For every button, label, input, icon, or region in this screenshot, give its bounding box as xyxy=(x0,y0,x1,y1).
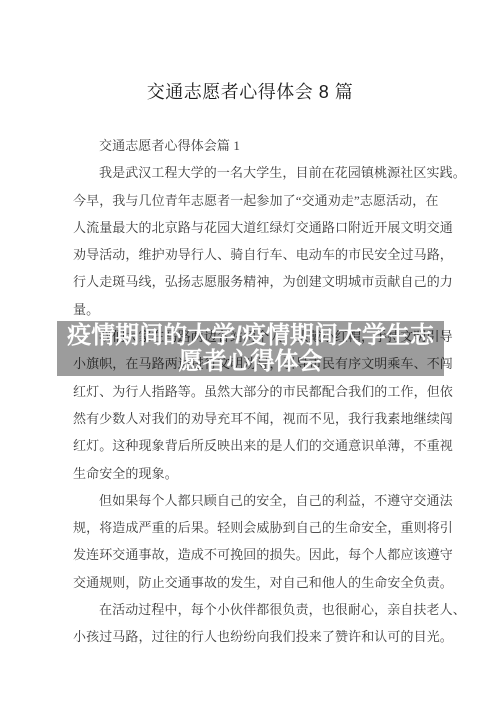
text-line: 今早，我与几位青年志愿者一起参加了“交通劝走”志愿活动，在 xyxy=(73,187,440,214)
overlay-title-line-2: 愿者心得体会 xyxy=(179,349,323,375)
text-line: 规，将造成严重的后果。轻则会威胁到自己的生命安全，重则将引 xyxy=(73,514,440,541)
paragraph-3: 但如果每个人都只顾自己的安全，自己的利益，不遵守交通法 规，将造成严重的后果。轻… xyxy=(73,487,440,596)
watermark-title-overlay: 疫情期间的大学/疫情期间大学生志 愿者心得体会 xyxy=(57,321,444,376)
text-line: 但如果每个人都只顾自己的安全，自己的利益，不遵守交通法 xyxy=(73,487,440,514)
text-line: 劝导活动，维护劝导行人、骑自行车、电动车的市民安全过马路， xyxy=(73,241,440,268)
document-body: 交通志愿者心得体会篇 1 我是武汉工程大学的一名大学生，目前在花园镇桃源社区实践… xyxy=(73,132,440,651)
text-line: 行人走斑马线，弘扬志愿服务精神，为创建文明城市贡献自己的力 xyxy=(73,268,440,295)
text-line: 红灯。这种现象背后所反映出来的是人们的交通意识单薄，不重视 xyxy=(73,432,440,459)
section-heading: 交通志愿者心得体会篇 1 xyxy=(73,132,440,159)
text-line: 然有少数人对我们的劝导充耳不闻，视而不见，我行我素地继续闯 xyxy=(73,405,440,432)
text-line: 生命安全的现象。 xyxy=(73,460,440,487)
text-line: 红灯、为行人指路等。虽然大部分的市民都配合我们的工作，但依 xyxy=(73,378,440,405)
text-line: 量。 xyxy=(73,296,440,323)
document-page: 交通志愿者心得体会 8 篇 交通志愿者心得体会篇 1 我是武汉工程大学的一名大学… xyxy=(0,0,500,706)
paragraph-1: 我是武汉工程大学的一名大学生，目前在花园镇桃源社区实践。 今早，我与几位青年志愿… xyxy=(73,159,440,323)
text-line: 我是武汉工程大学的一名大学生，目前在花园镇桃源社区实践。 xyxy=(73,159,440,186)
text-line: 发连环交通事故，造成不可挽回的损失。因此，每个人都应该遵守 xyxy=(73,541,440,568)
document-title: 交通志愿者心得体会 8 篇 xyxy=(0,0,500,104)
text-line: 交通规则，防止交通事故的发生，对自己和他人的生命安全负责。 xyxy=(73,569,440,596)
text-line: 在活动过程中，每个小伙伴都很负责，也很耐心，亲自扶老人、 xyxy=(73,596,440,623)
overlay-title-line-1: 疫情期间的大学/疫情期间大学生志 xyxy=(67,323,434,349)
text-line: 人流量最大的北京路与花园大道红绿灯交通路口附近开展文明交通 xyxy=(73,214,440,241)
text-line: 小孩过马路，过往的行人也纷纷向我们投来了赞许和认可的目光。 xyxy=(73,623,440,650)
paragraph-4: 在活动过程中，每个小伙伴都很负责，也很耐心，亲自扶老人、 小孩过马路，过往的行人… xyxy=(73,596,440,651)
